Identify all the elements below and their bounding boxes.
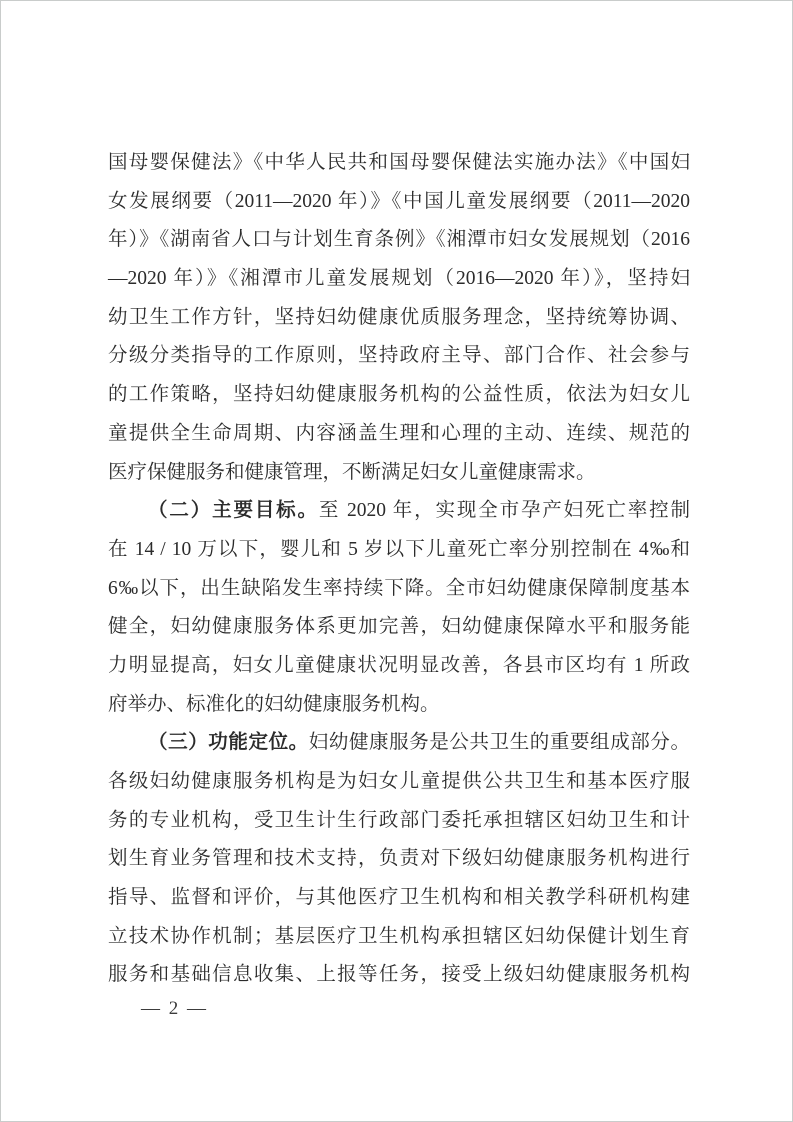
paragraph-first-line: （三）功能定位。妇幼健康服务是公共卫生的重要组成部分。	[108, 724, 690, 763]
line-text: 务的专业机构，受卫生计生行政部门委托承担辖区妇幼卫生和计	[108, 810, 690, 831]
line-text: 服务和基础信息收集、上报等任务，接受上级妇幼健康服务机构	[108, 964, 690, 985]
line-text: 划生育业务管理和技术支持，负责对下级妇幼健康服务机构进行	[108, 848, 690, 869]
text-line: 力明显提高，妇女儿童健康状况明显改善，各县市区均有 1 所政	[108, 647, 690, 686]
text-line: 健全，妇幼健康服务体系更加完善，妇幼健康保障水平和服务能	[108, 608, 690, 647]
text-line: 医疗保健服务和健康管理，不断满足妇女儿童健康需求。	[108, 454, 690, 493]
line-text: 指导、监督和评价，与其他医疗卫生机构和相关教学科研机构建	[108, 887, 690, 908]
text-line: 务的专业机构，受卫生计生行政部门委托承担辖区妇幼卫生和计	[108, 802, 690, 841]
line-text: 至 2020 年，实现全市孕产妇死亡率控制	[319, 500, 690, 521]
text-line: 府举办、标准化的妇幼健康服务机构。	[108, 686, 690, 725]
line-text: 分级分类指导的工作原则，坚持政府主导、部门合作、社会参与	[108, 345, 690, 366]
page-number: — 2 —	[141, 998, 208, 1020]
text-line: 服务和基础信息收集、上报等任务，接受上级妇幼健康服务机构	[108, 956, 690, 995]
text-line: —2020 年）》《湘潭市儿童发展规划（2016—2020 年）》，坚持妇	[108, 260, 690, 299]
text-line: 童提供全生命周期、内容涵盖生理和心理的主动、连续、规范的	[108, 415, 690, 454]
text-line: 的工作策略，坚持妇幼健康服务机构的公益性质，依法为妇女儿	[108, 376, 690, 415]
document-body: 国母婴保健法》《中华人民共和国母婴保健法实施办法》《中国妇女发展纲要（2011—…	[108, 144, 690, 995]
document-page: 国母婴保健法》《中华人民共和国母婴保健法实施办法》《中国妇女发展纲要（2011—…	[0, 0, 793, 1122]
text-line: 年）》《湖南省人口与计划生育条例》《湘潭市妇女发展规划（2016	[108, 221, 690, 260]
line-text: 的工作策略，坚持妇幼健康服务机构的公益性质，依法为妇女儿	[108, 384, 690, 405]
line-text: 医疗保健服务和健康管理，不断满足妇女儿童健康需求。	[108, 462, 596, 483]
line-text: 立技术协作机制；基层医疗卫生机构承担辖区妇幼保健计划生育	[108, 926, 690, 947]
line-text: 各级妇幼健康服务机构是为妇女儿童提供公共卫生和基本医疗服	[108, 771, 690, 792]
text-line: 分级分类指导的工作原则，坚持政府主导、部门合作、社会参与	[108, 337, 690, 376]
text-line: 在 14 / 10 万以下，婴儿和 5 岁以下儿童死亡率分别控制在 4‰和	[108, 531, 690, 570]
line-text: 在 14 / 10 万以下，婴儿和 5 岁以下儿童死亡率分别控制在 4‰和	[108, 539, 690, 560]
line-text: —2020 年）》《湘潭市儿童发展规划（2016—2020 年）》，坚持妇	[108, 268, 690, 289]
line-text: 力明显提高，妇女儿童健康状况明显改善，各县市区均有 1 所政	[108, 655, 690, 676]
line-text: 国母婴保健法》《中华人民共和国母婴保健法实施办法》《中国妇	[108, 152, 690, 173]
line-text: 6‰以下，出生缺陷发生率持续下降。全市妇幼健康保障制度基本	[108, 578, 690, 599]
line-text: 幼卫生工作方针，坚持妇幼健康优质服务理念，坚持统筹协调、	[108, 307, 690, 328]
text-line: 幼卫生工作方针，坚持妇幼健康优质服务理念，坚持统筹协调、	[108, 299, 690, 338]
text-line: 划生育业务管理和技术支持，负责对下级妇幼健康服务机构进行	[108, 840, 690, 879]
line-text: 府举办、标准化的妇幼健康服务机构。	[108, 694, 440, 715]
text-line: 指导、监督和评价，与其他医疗卫生机构和相关教学科研机构建	[108, 879, 690, 918]
section-heading: （二）主要目标。	[148, 500, 319, 521]
section-heading: （三）功能定位。	[148, 732, 309, 753]
text-line: 国母婴保健法》《中华人民共和国母婴保健法实施办法》《中国妇	[108, 144, 690, 183]
line-text: 妇幼健康服务是公共卫生的重要组成部分。	[309, 732, 690, 753]
text-line: 6‰以下，出生缺陷发生率持续下降。全市妇幼健康保障制度基本	[108, 570, 690, 609]
line-text: 童提供全生命周期、内容涵盖生理和心理的主动、连续、规范的	[108, 423, 690, 444]
paragraph-first-line: （二）主要目标。至 2020 年，实现全市孕产妇死亡率控制	[108, 492, 690, 531]
line-text: 健全，妇幼健康服务体系更加完善，妇幼健康保障水平和服务能	[108, 616, 690, 637]
line-text: 年）》《湖南省人口与计划生育条例》《湘潭市妇女发展规划（2016	[108, 229, 690, 250]
text-line: 各级妇幼健康服务机构是为妇女儿童提供公共卫生和基本医疗服	[108, 763, 690, 802]
line-text: 女发展纲要（2011—2020 年）》《中国儿童发展纲要（2011—2020	[108, 191, 690, 212]
text-line: 立技术协作机制；基层医疗卫生机构承担辖区妇幼保健计划生育	[108, 918, 690, 957]
text-line: 女发展纲要（2011—2020 年）》《中国儿童发展纲要（2011—2020	[108, 183, 690, 222]
